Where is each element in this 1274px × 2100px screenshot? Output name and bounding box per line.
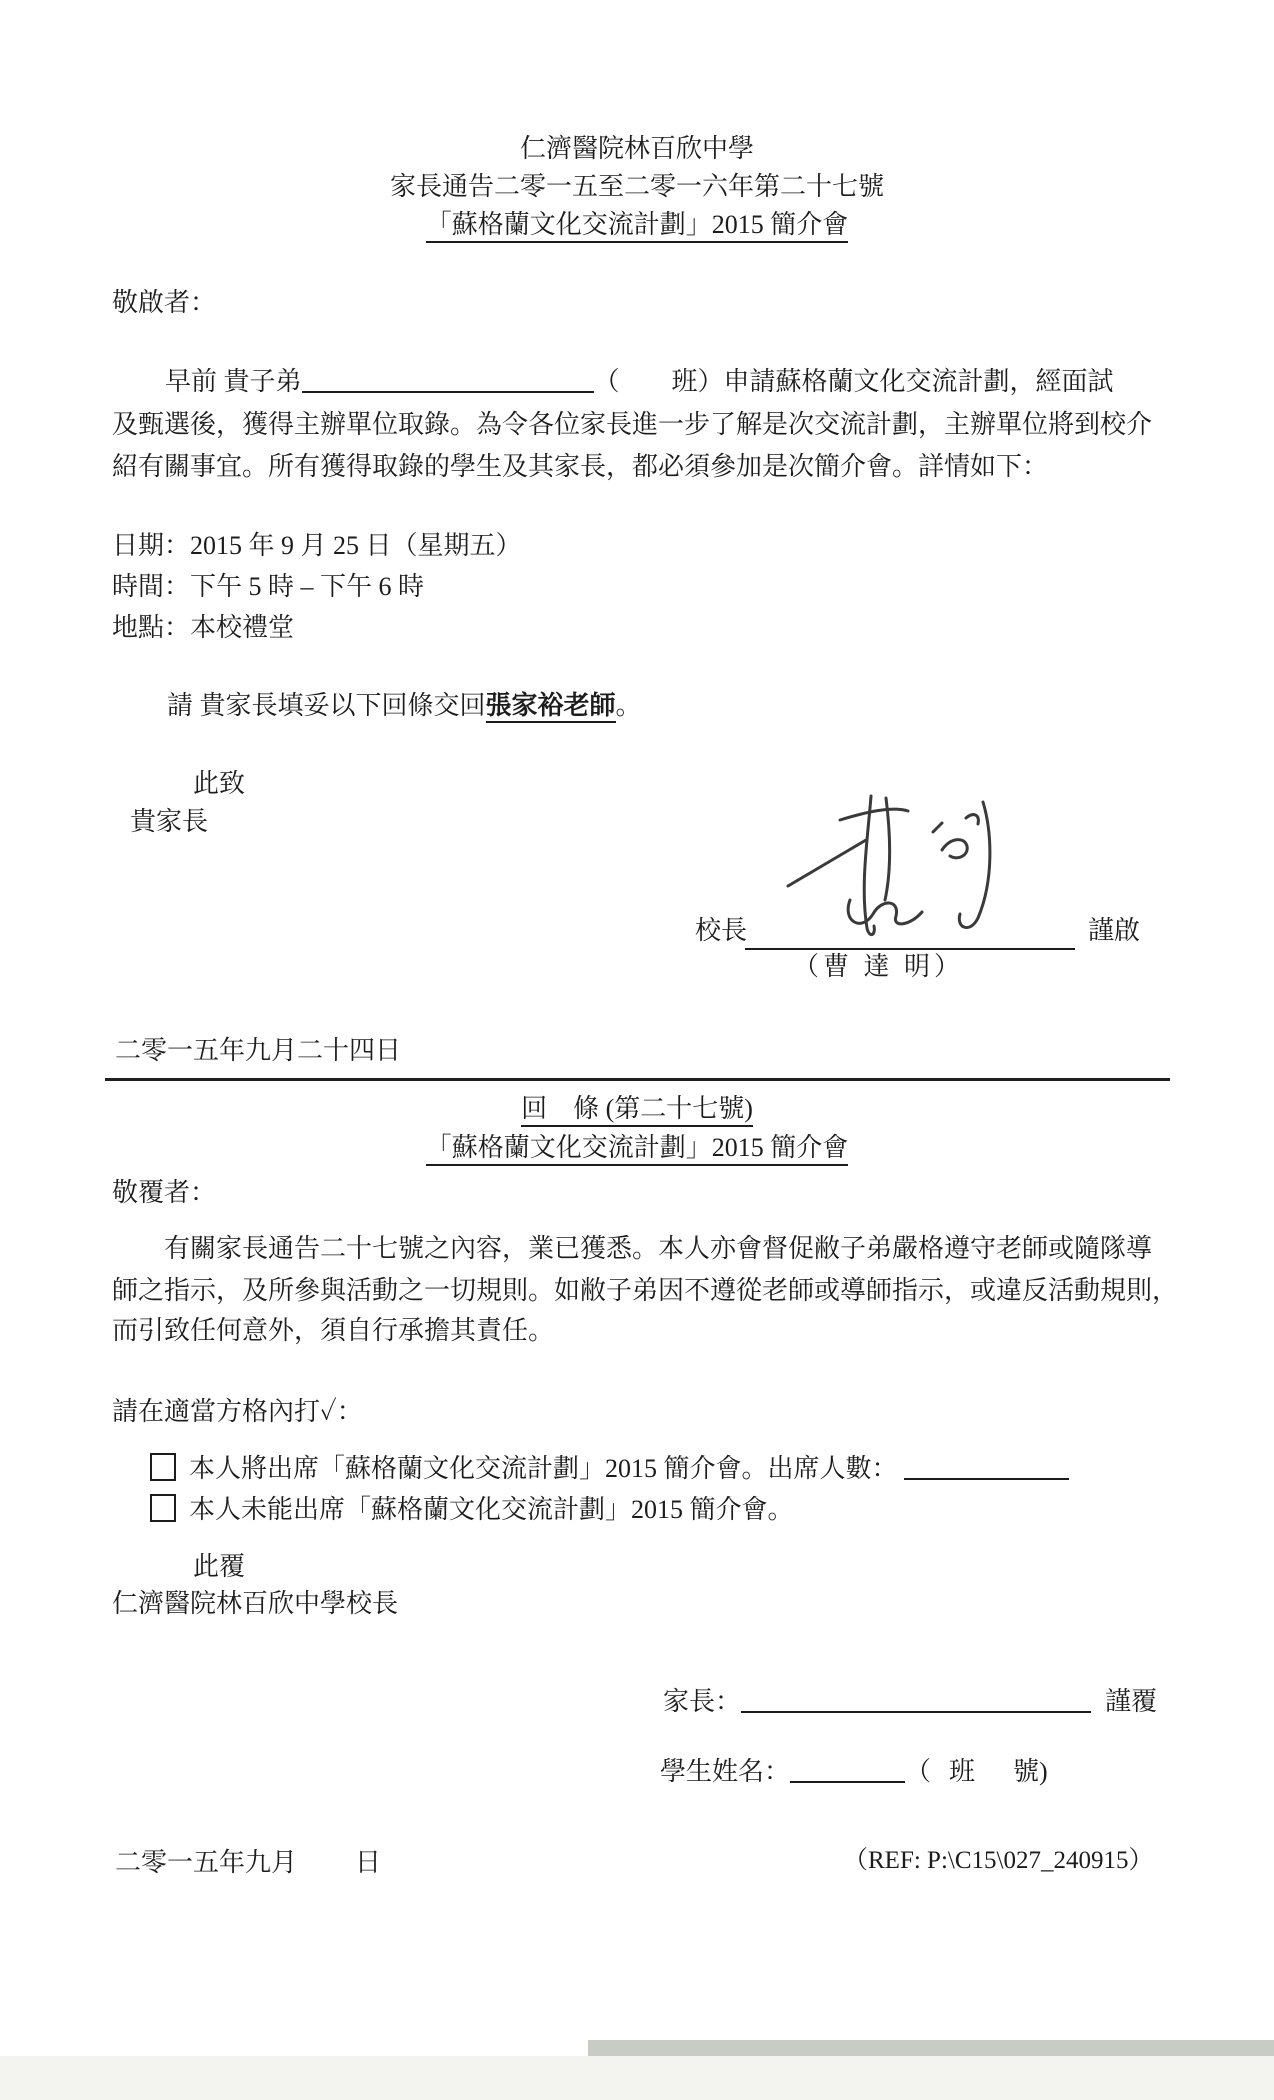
class-label: 班 xyxy=(949,1757,975,1786)
parent-signature-blank xyxy=(741,1685,1091,1713)
student-name-row: 學生姓名：（班號) xyxy=(660,1755,1048,1789)
parent-signature-row: 家長：謹覆 xyxy=(663,1685,1157,1719)
principal-signature-handwriting xyxy=(770,788,1040,956)
reply-body-line-1: 有關家長通告二十七號之內容，業已獲悉。本人亦會督促敝子弟嚴格遵守老師或隨隊導 xyxy=(164,1233,1152,1266)
student-name-reply-blank xyxy=(790,1755,905,1783)
notice-body-line-2: 及甄選後，獲得主辦單位取錄。為令各位家長進一步了解是次交流計劃，主辦單位將到校介 xyxy=(112,409,1152,442)
ref-code: （REF: P:\C15\027_240915） xyxy=(843,1845,1153,1876)
principal-label: 校長 xyxy=(695,915,747,948)
return-request-line: 請 貴家長填妥以下回條交回張家裕老師。 xyxy=(167,690,642,723)
scan-artifact-strip xyxy=(588,2040,1274,2056)
notice-number: 家長通告二零一五至二零一六年第二十七號 xyxy=(0,171,1274,204)
event-date-line: 日期：2015 年 9 月 25 日（星期五） xyxy=(112,530,522,563)
reply-closing: 此覆 xyxy=(193,1551,245,1584)
reply-date-prefix: 二零一五年九月 xyxy=(115,1848,297,1877)
return-request-suffix: 。 xyxy=(616,691,642,720)
principal-sign-off: 謹啟 xyxy=(1088,915,1140,948)
reply-body-line-2: 師之指示，及所參與活動之一切規則。如敝子弟因不遵從老師或導師指示，或違反活動規則… xyxy=(112,1275,1178,1308)
number-label: 號) xyxy=(1013,1757,1048,1786)
absent-checkbox xyxy=(150,1494,176,1522)
notice-closing: 此致 xyxy=(193,768,245,801)
principal-signature-line xyxy=(745,948,1075,950)
event-venue-line: 地點：本校禮堂 xyxy=(112,612,294,645)
scan-artifact-footer xyxy=(0,2056,1274,2100)
issue-date: 二零一五年九月二十四日 xyxy=(115,1035,401,1068)
reply-slip-title-text: 回 條 (第二十七號) xyxy=(521,1094,753,1127)
parent-label: 家長： xyxy=(663,1687,741,1716)
parent-sign-off: 謹覆 xyxy=(1105,1687,1157,1716)
principal-name: （曹 達 明） xyxy=(793,951,964,984)
notice-salutation: 敬啟者： xyxy=(112,287,216,320)
attendee-count-blank xyxy=(904,1452,1069,1480)
tick-instruction: 請在適當方格內打✓： xyxy=(112,1396,363,1429)
notice-title: 「蘇格蘭文化交流計劃」2015 簡介會 xyxy=(0,209,1274,242)
event-time-line: 時間：下午 5 時 – 下午 6 時 xyxy=(112,571,424,604)
body-line1-rest: 班）申請蘇格蘭文化交流計劃，經面試 xyxy=(672,367,1114,396)
option-attend-row: 本人將出席「蘇格蘭文化交流計劃」2015 簡介會。出席人數： xyxy=(150,1452,1069,1486)
notice-body-line-3: 紹有關事宜。所有獲得取錄的學生及其家長，都必須參加是次簡介會。詳情如下： xyxy=(112,451,1048,484)
reply-slip-title: 回 條 (第二十七號) xyxy=(0,1093,1274,1126)
section-divider xyxy=(105,1078,1170,1081)
notice-body-line-1: 早前 貴子弟（班）申請蘇格蘭文化交流計劃，經面試 xyxy=(165,365,1114,399)
reply-salutation: 敬覆者： xyxy=(112,1177,216,1210)
reply-slip-subtitle: 「蘇格蘭文化交流計劃」2015 簡介會 xyxy=(0,1132,1274,1165)
student-name-blank xyxy=(302,365,594,393)
option-attend-label: 本人將出席「蘇格蘭文化交流計劃」2015 簡介會。出席人數： xyxy=(189,1454,898,1483)
notice-addressee: 貴家長 xyxy=(130,806,208,839)
student-class-open-paren: （ xyxy=(905,1757,931,1786)
scanned-notice-page: 仁濟醫院林百欣中學 家長通告二零一五至二零一六年第二十七號 「蘇格蘭文化交流計劃… xyxy=(0,0,1274,2100)
notice-title-text: 「蘇格蘭文化交流計劃」2015 簡介會 xyxy=(426,210,849,243)
return-request-prefix: 請 貴家長填妥以下回條交回 xyxy=(167,691,486,720)
body-line1-prefix: 早前 貴子弟 xyxy=(165,367,302,396)
reply-slip-subtitle-text: 「蘇格蘭文化交流計劃」2015 簡介會 xyxy=(426,1133,849,1166)
school-name: 仁濟醫院林百欣中學 xyxy=(0,133,1274,166)
option-absent-row: 本人未能出席「蘇格蘭文化交流計劃」2015 簡介會。 xyxy=(150,1494,794,1527)
student-name-label: 學生姓名： xyxy=(660,1757,790,1786)
reply-date-row: 二零一五年九月日 xyxy=(115,1847,381,1880)
attend-checkbox xyxy=(150,1453,176,1481)
reply-body-line-3: 而引致任何意外，須自行承擔其責任。 xyxy=(112,1315,554,1348)
class-open-paren: （ xyxy=(594,367,620,396)
teacher-name: 張家裕老師 xyxy=(486,691,616,723)
reply-date-suffix: 日 xyxy=(355,1848,381,1877)
reply-addressee: 仁濟醫院林百欣中學校長 xyxy=(112,1588,398,1621)
option-absent-label: 本人未能出席「蘇格蘭文化交流計劃」2015 簡介會。 xyxy=(189,1495,794,1524)
